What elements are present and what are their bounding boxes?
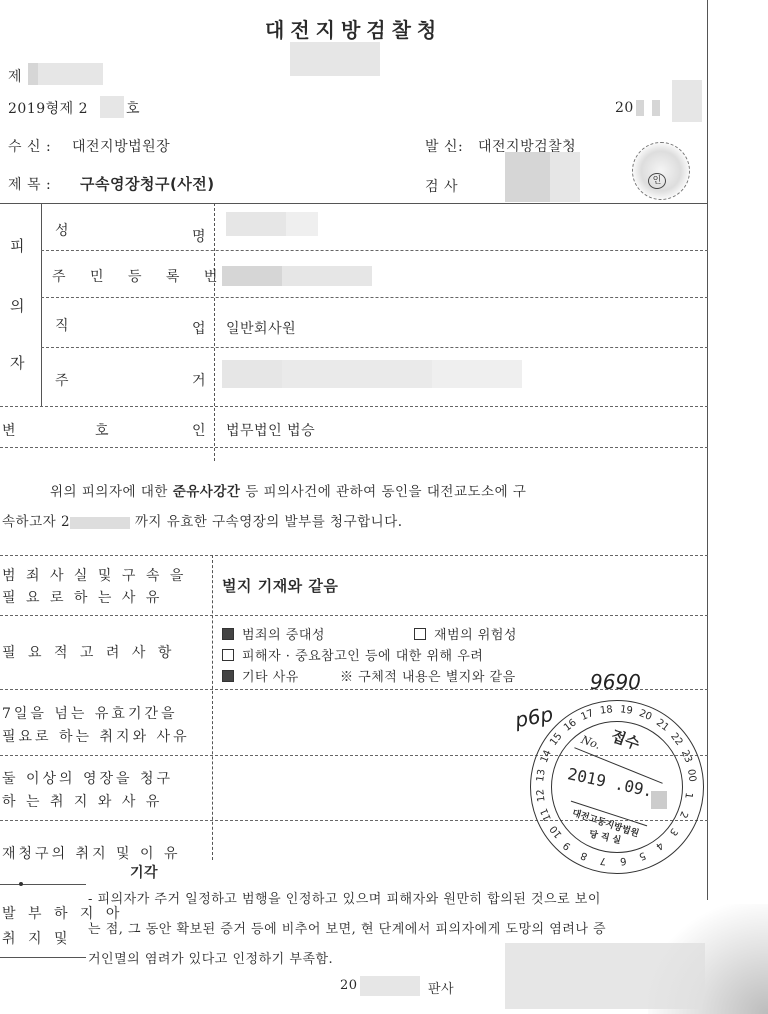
redacted-address [432, 360, 522, 388]
multi-warrant-label-1: 둘 이상의 영장을 청구 [2, 768, 173, 788]
checkbox-checked[interactable] [222, 670, 234, 682]
date-prefix: 20 [615, 100, 634, 116]
subject: 구속영장청구(사전) [80, 173, 215, 194]
stamp-hour: 19 [619, 704, 633, 717]
handwritten-number: 9690 [590, 670, 641, 694]
stamp-hour: 11 [539, 807, 554, 823]
stamp-hour: 20 [637, 708, 653, 723]
table-divider [0, 957, 86, 958]
checkbox-unchecked[interactable] [414, 628, 426, 640]
suspect-label-2: 의 [10, 295, 25, 316]
redacted-block [636, 100, 644, 116]
considerations-note: ※ 구체적 내용은 별지와 같음 [340, 666, 516, 685]
stamp-hour: 15 [548, 731, 564, 748]
stamp-hour: 00 [685, 769, 698, 783]
name-label-right: 명 [192, 226, 206, 246]
stamp-hour: 18 [599, 704, 613, 717]
table-divider [0, 203, 708, 204]
stamp-hour: 7 [599, 855, 607, 867]
redacted-id [282, 266, 372, 286]
recipient-label: 수 신 : [8, 136, 51, 156]
redacted-block [652, 100, 660, 116]
stamp-hour: 3 [667, 826, 680, 838]
stamp-hour: 5 [637, 849, 647, 862]
subject-label: 제 목 : [8, 174, 51, 194]
reclaim-label: 재청구의 취지 및 이 유 [2, 843, 181, 863]
redacted-stamp-day [651, 791, 667, 809]
redacted-date [70, 517, 130, 529]
lawyer-label-1: 변 [2, 420, 16, 440]
stamp-hour: 10 [548, 823, 564, 840]
stamp-hour: 4 [654, 839, 666, 852]
judge-label: 판사 [428, 978, 454, 997]
seven-days-label-1: 7일을 넘는 유효기간을 [2, 703, 178, 723]
stamp-hour: 23 [679, 748, 694, 764]
redacted-name [226, 212, 286, 236]
lawyer-label-3: 인 [192, 420, 206, 440]
denial-label-2: 취 지 및 [2, 928, 71, 948]
sender-label: 발 신: [425, 136, 463, 156]
table-divider [0, 406, 708, 407]
page-border [707, 0, 708, 900]
redacted-block [100, 96, 124, 118]
handwritten-mark: p6p [513, 702, 555, 732]
job-label-left: 직 [55, 315, 69, 335]
seal-mark-icon: 인 [648, 173, 666, 189]
stamp-hour: 22 [668, 731, 684, 748]
checkbox-unchecked[interactable] [222, 649, 234, 661]
stamp-hour: 13 [535, 769, 548, 783]
redacted-address [282, 360, 432, 388]
case-number: 2019형제 2 [8, 98, 88, 118]
redacted-block [672, 80, 702, 122]
recipient: 대전지방법원장 [72, 136, 170, 156]
ruling-decision: 기각 [130, 862, 158, 882]
table-divider [41, 203, 42, 406]
redacted-block [505, 152, 550, 202]
suspect-label-3: 자 [10, 352, 25, 373]
ruling-reason-2: 는 점, 그 동안 확보된 증거 등에 비추어 보면, 현 단계에서 피의자에게… [88, 918, 606, 937]
ruling-reason-3: 거인멸의 염려가 있다고 인정하기 부족함. [88, 948, 333, 967]
redacted-block [290, 42, 380, 76]
dot-mark [19, 882, 23, 886]
seven-days-label-2: 필요로 하는 취지와 사유 [2, 726, 190, 746]
considerations-label: 필 요 적 고 려 사 항 [2, 642, 175, 662]
redacted-id [222, 266, 282, 286]
doc-number-label: 제 [8, 66, 22, 86]
table-divider [41, 347, 708, 348]
table-divider [212, 555, 213, 860]
consideration-other: 기타 사유 [222, 666, 299, 685]
redacted-address [222, 360, 282, 388]
stamp-hour: 1 [683, 792, 695, 800]
ruling-reason-1: - 피의자가 주거 일정하고 범행을 인정하고 있으며 피해자와 원만히 합의된… [88, 888, 601, 907]
suspect-label-1: 피 [10, 235, 25, 256]
agency-title: 대전지방검찰청 [265, 14, 442, 43]
address-label-right: 거 [192, 370, 206, 390]
stamp-hour: 8 [579, 849, 589, 862]
stamp-hour: 16 [562, 717, 579, 733]
table-divider [41, 250, 708, 251]
table-divider [0, 884, 86, 885]
job-label-right: 업 [192, 318, 206, 338]
table-divider [41, 297, 708, 298]
table-divider [214, 203, 215, 461]
stamp-hour: 14 [539, 748, 554, 764]
page-shadow [648, 904, 768, 1014]
redacted-block [550, 152, 580, 202]
lawyer-label-2: 호 [95, 420, 109, 440]
request-line-2: 속하고자 2 까지 유효한 구속영장의 발부를 청구합니다. [2, 510, 403, 530]
table-divider [0, 447, 708, 448]
crime-reason-value: 벌지 기재와 같음 [222, 575, 338, 596]
prosecutor-seal: 인 [632, 142, 690, 200]
crime-reason-label-1: 범 죄 사 실 및 구 속 을 [2, 565, 186, 585]
request-line-1: 위의 피의자에 대한 준유사강간 등 피의사건에 관하여 동인을 대전교도소에 … [50, 480, 526, 500]
case-suffix: 호 [126, 98, 140, 118]
consideration-victim-harm: 피해자 · 중요참고인 등에 대한 위해 우려 [222, 645, 483, 664]
prosecutor-label: 검 사 [425, 176, 458, 196]
receipt-stamp: No. 접수 2019 .09. 대전고등지방법원 당 직 실 17181920… [530, 700, 704, 874]
job-value: 일반회사원 [226, 318, 296, 338]
stamp-hour: 6 [619, 855, 627, 867]
stamp-hour: 2 [677, 810, 690, 820]
checkbox-checked[interactable] [222, 628, 234, 640]
redacted-block [38, 63, 103, 85]
address-label-left: 주 [55, 370, 69, 390]
consideration-severity: 범죄의 중대성 [222, 624, 325, 643]
redacted-date [360, 976, 420, 996]
table-divider [0, 615, 708, 616]
name-label-left: 성 [55, 220, 69, 240]
stamp-hour: 21 [654, 717, 671, 733]
table-divider [0, 555, 708, 556]
multi-warrant-label-2: 하 는 취 지 와 사 유 [2, 791, 162, 811]
redacted-block [28, 63, 38, 85]
stamp-hour: 9 [561, 839, 573, 852]
redacted-name [286, 212, 318, 236]
stamp-hour: 17 [579, 708, 595, 723]
crime-reason-label-2: 필 요 로 하 는 사 유 [2, 587, 162, 607]
stamp-hour: 12 [535, 788, 548, 802]
ruling-date-prefix: 20 [340, 978, 358, 993]
lawyer-value: 법무법인 법승 [226, 420, 315, 440]
consideration-recidivism: 재범의 위험성 [414, 624, 517, 643]
